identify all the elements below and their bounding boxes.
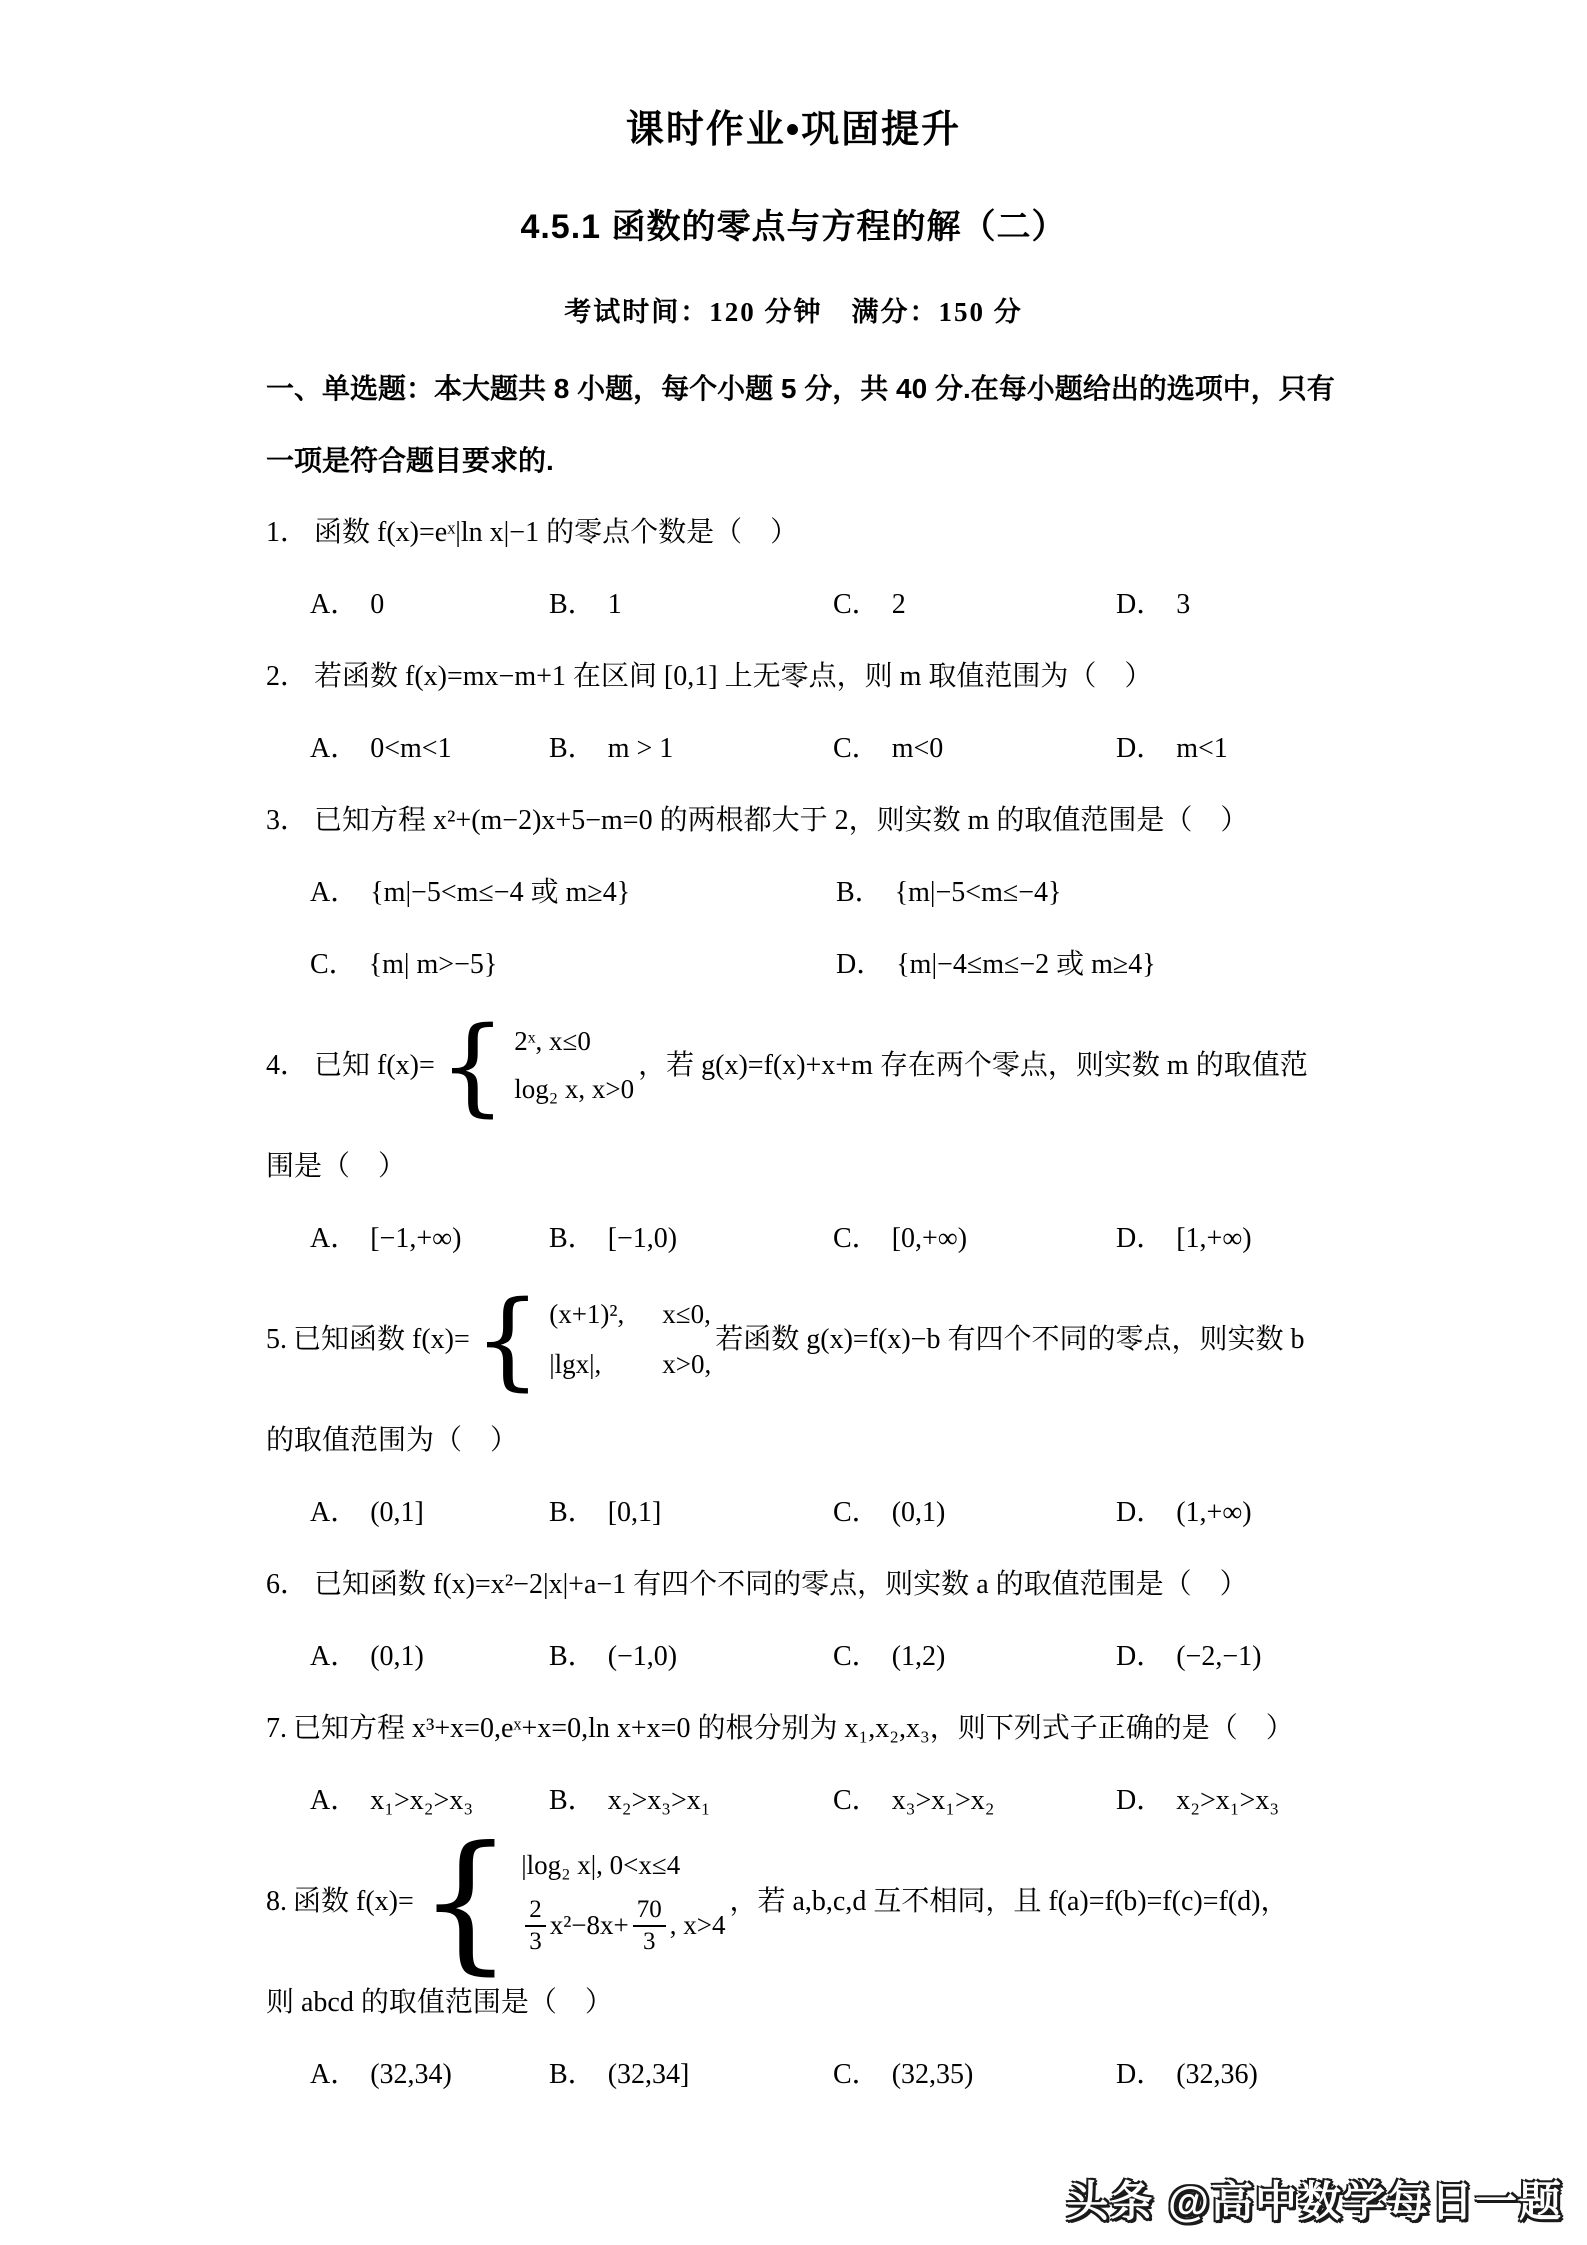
question-1: 1．函数 f(x)=eˣ|ln x|−1 的零点个数是（ ） A．0 B．1 C… (266, 497, 1437, 641)
option-value: (0,1) (370, 1641, 424, 1672)
question-number: 2． (266, 661, 308, 692)
fraction: 23 (525, 1895, 546, 1957)
option-label: B． (549, 1497, 596, 1528)
question-3: 3．已知方程 x²+(m−2)x+5−m=0 的两根都大于 2，则实数 m 的取… (266, 785, 1437, 1001)
question-4: 4．已知 f(x)={2ˣ, x≤0log₂ x, x>0，若 g(x)=f(x… (266, 1001, 1437, 1275)
question-2: 2．若函数 f(x)=mx−m+1 在区间 [0,1] 上无零点，则 m 取值范… (266, 641, 1437, 785)
option-d: D．{m|−4≤m≤−2 或 m≥4} (836, 929, 1437, 1001)
piecewise-brace: { (418, 1841, 513, 1964)
question-4-options: A．[−1,+∞) B．[−1,0) C．[0,+∞) D．[1,+∞) (266, 1203, 1437, 1275)
question-8: 8.函数 f(x)={|log₂ x|, 0<x≤423x²−8x+703, x… (266, 1837, 1437, 2111)
option-d: D．[1,+∞) (1116, 1203, 1437, 1275)
question-text: 若函数 g(x)=f(x)−b 有四个不同的零点，则实数 b (715, 1320, 1304, 1359)
option-value: [0,+∞) (892, 1223, 967, 1254)
question-6-stem: 6．已知函数 f(x)=x²−2|x|+a−1 有四个不同的零点，则实数 a 的… (266, 1549, 1437, 1621)
option-b: B．(32,34] (549, 2039, 833, 2111)
option-b: B．(−1,0) (549, 1621, 833, 1693)
option-c: C．(32,35) (833, 2039, 1116, 2111)
option-value: m > 1 (608, 733, 674, 764)
piecewise-row: log₂ x, x>0 (514, 1071, 634, 1109)
option-label: C． (833, 1641, 880, 1672)
option-a: A．0<m<1 (310, 713, 549, 785)
question-number: 8. (266, 1882, 287, 1921)
option-a: A．0 (310, 569, 549, 641)
option-value: (0,1) (892, 1497, 946, 1528)
option-value: 0 (370, 589, 384, 620)
page-header: 课时作业•巩固提升 4.5.1 函数的零点与方程的解（二） 考试时间：120 分… (0, 0, 1587, 329)
question-number: 1． (266, 517, 308, 548)
question-8-stem: 8.函数 f(x)={|log₂ x|, 0<x≤423x²−8x+703, x… (266, 1837, 1517, 1967)
fraction-denominator: 3 (639, 1927, 660, 1957)
exam-body: 一、单选题：本大题共 8 小题，每个小题 5 分，共 40 分.在每小题给出的选… (0, 329, 1587, 2111)
option-d: D．(32,36) (1116, 2039, 1437, 2111)
option-value: (32,35) (892, 2059, 974, 2090)
option-d: D．3 (1116, 569, 1437, 641)
question-text: ，若 g(x)=f(x)+x+m 存在两个零点，则实数 m 的取值范 (638, 1046, 1308, 1085)
option-label: C． (833, 1223, 880, 1254)
piecewise-brace: { (474, 1297, 541, 1384)
option-value: (1,+∞) (1176, 1497, 1251, 1528)
option-value: m<1 (1176, 733, 1228, 764)
option-value: [−1,+∞) (370, 1223, 461, 1254)
question-4-stem-line2: 围是（ ） (266, 1131, 1437, 1203)
option-value: x₁>x₂>x₃ (370, 1785, 473, 1816)
question-text: ，若 a,b,c,d 互不相同，且 f(a)=f(b)=f(c)=f(d)， (730, 1882, 1289, 1921)
option-value: x₂>x₃>x₁ (608, 1785, 711, 1816)
option-value: {m|−5<m≤−4 或 m≥4} (370, 877, 630, 908)
option-a: A．(32,34) (310, 2039, 549, 2111)
option-b: B．m > 1 (549, 713, 833, 785)
question-8-stem-line2: 则 abcd 的取值范围是（ ） (266, 1967, 1437, 2039)
option-value: 2 (892, 589, 906, 620)
option-c: C．(1,2) (833, 1621, 1116, 1693)
option-value: (−2,−1) (1176, 1641, 1261, 1672)
option-value: [0,1] (608, 1497, 662, 1528)
option-value: (32,36) (1176, 2059, 1258, 2090)
question-5-stem-line2: 的取值范围为（ ） (266, 1405, 1437, 1477)
option-value: {m|−5<m≤−4} (895, 877, 1062, 908)
fraction-numerator: 70 (633, 1895, 666, 1927)
fraction: 703 (633, 1895, 666, 1957)
option-label: D． (1116, 589, 1164, 620)
page-subtitle: 4.5.1 函数的零点与方程的解（二） (0, 199, 1587, 248)
option-label: A． (310, 589, 358, 620)
question-5-stem: 5.已知函数 f(x)={(x+1)²,x≤0,|lgx|,x>0,若函数 g(… (266, 1275, 1437, 1405)
question-text: 已知方程 x²+(m−2)x+5−m=0 的两根都大于 2，则实数 m 的取值范… (314, 805, 1248, 836)
option-label: B． (549, 1641, 596, 1672)
watermark: 头条 @高中数学每日一题 (1066, 2169, 1563, 2229)
option-label: A． (310, 2059, 358, 2090)
option-c: C．{m| m>−5} (310, 929, 836, 1001)
option-b: B．x₂>x₃>x₁ (549, 1765, 833, 1837)
question-2-options: A．0<m<1 B．m > 1 C．m<0 D．m<1 (266, 713, 1437, 785)
option-label: D． (1116, 733, 1164, 764)
question-8-options: A．(32,34) B．(32,34] C．(32,35) D．(32,36) (266, 2039, 1437, 2111)
section-intro-line2: 一项是符合题目要求的. (266, 425, 1437, 497)
option-label: A． (310, 877, 358, 908)
option-d: D．(1,+∞) (1116, 1477, 1437, 1549)
option-value: 1 (608, 589, 622, 620)
piecewise-condition: , x>4 (670, 1907, 726, 1945)
piecewise-cell: x>0, (662, 1346, 711, 1384)
question-number: 4． (266, 1046, 308, 1085)
question-4-stem: 4．已知 f(x)={2ˣ, x≤0log₂ x, x>0，若 g(x)=f(x… (266, 1001, 1437, 1131)
piecewise-cell: (x+1)², (549, 1296, 624, 1334)
option-c: C．2 (833, 569, 1116, 641)
piecewise-cell: x≤0, (662, 1296, 711, 1334)
option-label: B． (549, 2059, 596, 2090)
question-text: 已知函数 f(x)= (293, 1320, 470, 1359)
question-text: 函数 f(x)=eˣ|ln x|−1 的零点个数是（ ） (314, 517, 798, 548)
option-label: D． (1116, 2059, 1164, 2090)
piecewise-row: 2ˣ, x≤0 (514, 1023, 634, 1061)
piecewise-function: {2ˣ, x≤0log₂ x, x>0 (439, 1023, 634, 1110)
option-label: D． (1116, 1223, 1164, 1254)
option-label: D． (836, 949, 884, 980)
option-a: A．{m|−5<m≤−4 或 m≥4} (310, 857, 836, 929)
option-d: D．(−2,−1) (1116, 1621, 1437, 1693)
option-c: C．[0,+∞) (833, 1203, 1116, 1275)
option-value: (32,34) (370, 2059, 452, 2090)
option-label: C． (833, 733, 880, 764)
question-5-options: A．(0,1] B．[0,1] C．(0,1) D．(1,+∞) (266, 1477, 1437, 1549)
option-b: B．{m|−5<m≤−4} (836, 857, 1437, 929)
exam-info: 考试时间：120 分钟 满分：150 分 (0, 290, 1587, 329)
option-d: D．m<1 (1116, 713, 1437, 785)
option-b: B．[0,1] (549, 1477, 833, 1549)
option-label: A． (310, 1641, 358, 1672)
option-label: C． (833, 2059, 880, 2090)
option-value: {m|−4≤m≤−2 或 m≥4} (896, 949, 1156, 980)
question-5: 5.已知函数 f(x)={(x+1)²,x≤0,|lgx|,x>0,若函数 g(… (266, 1275, 1437, 1549)
option-value: (−1,0) (608, 1641, 677, 1672)
piecewise-function: {(x+1)²,x≤0,|lgx|,x>0, (474, 1296, 712, 1384)
option-value: 0<m<1 (370, 733, 451, 764)
question-number: 3． (266, 805, 308, 836)
question-1-stem: 1．函数 f(x)=eˣ|ln x|−1 的零点个数是（ ） (266, 497, 1437, 569)
option-label: C． (833, 1497, 880, 1528)
fraction-denominator: 3 (525, 1927, 546, 1957)
option-label: B． (836, 877, 883, 908)
option-b: B．1 (549, 569, 833, 641)
option-label: C． (310, 949, 357, 980)
option-value: [−1,0) (608, 1223, 677, 1254)
option-label: B． (549, 1223, 596, 1254)
question-text: 已知函数 f(x)=x²−2|x|+a−1 有四个不同的零点，则实数 a 的取值… (314, 1569, 1248, 1600)
option-label: A． (310, 1497, 358, 1528)
question-3-stem: 3．已知方程 x²+(m−2)x+5−m=0 的两根都大于 2，则实数 m 的取… (266, 785, 1437, 857)
option-label: C． (833, 1785, 880, 1816)
option-value: m<0 (892, 733, 944, 764)
option-d: D．x₂>x₁>x₃ (1116, 1765, 1437, 1837)
option-value: x₂>x₁>x₃ (1176, 1785, 1279, 1816)
option-label: C． (833, 589, 880, 620)
option-label: A． (310, 1785, 358, 1816)
page-title: 课时作业•巩固提升 (0, 98, 1587, 153)
question-text: 已知方程 x³+x=0,eˣ+x=0,ln x+x=0 的根分别为 x₁,x₂,… (293, 1713, 1294, 1744)
option-c: C．m<0 (833, 713, 1116, 785)
question-number: 5. (266, 1320, 287, 1359)
option-value: [1,+∞) (1176, 1223, 1251, 1254)
question-number: 7. (266, 1713, 287, 1744)
question-6-options: A．(0,1) B．(−1,0) C．(1,2) D．(−2,−1) (266, 1621, 1437, 1693)
piecewise-row: 23x²−8x+703, x>4 (521, 1895, 725, 1957)
option-value: {m| m>−5} (369, 949, 498, 980)
section-intro: 一、单选题：本大题共 8 小题，每个小题 5 分，共 40 分.在每小题给出的选… (266, 353, 1437, 497)
option-a: A．(0,1] (310, 1477, 549, 1549)
option-label: D． (1116, 1641, 1164, 1672)
piecewise-row: |log₂ x|, 0<x≤4 (521, 1847, 725, 1885)
piecewise-brace: { (439, 1023, 506, 1110)
question-7-stem: 7.已知方程 x³+x=0,eˣ+x=0,ln x+x=0 的根分别为 x₁,x… (266, 1693, 1517, 1765)
question-3-options: A．{m|−5<m≤−4 或 m≥4} B．{m|−5<m≤−4} C．{m| … (266, 857, 1437, 1001)
option-c: C．(0,1) (833, 1477, 1116, 1549)
question-text: 若函数 f(x)=mx−m+1 在区间 [0,1] 上无零点，则 m 取值范围为… (314, 661, 1152, 692)
option-label: B． (549, 733, 596, 764)
piecewise-function: {|log₂ x|, 0<x≤423x²−8x+703, x>4 (418, 1841, 726, 1964)
option-a: A．[−1,+∞) (310, 1203, 549, 1275)
question-text: 函数 f(x)= (293, 1882, 414, 1921)
question-text: 已知 f(x)= (314, 1046, 435, 1085)
option-value: x₃>x₁>x₂ (892, 1785, 995, 1816)
fraction-numerator: 2 (525, 1895, 546, 1927)
option-value: 3 (1176, 589, 1190, 620)
question-1-options: A．0 B．1 C．2 D．3 (266, 569, 1437, 641)
question-6: 6．已知函数 f(x)=x²−2|x|+a−1 有四个不同的零点，则实数 a 的… (266, 1549, 1437, 1693)
option-label: A． (310, 733, 358, 764)
option-label: D． (1116, 1497, 1164, 1528)
piecewise-expression: x²−8x+ (550, 1907, 629, 1945)
option-label: A． (310, 1223, 358, 1254)
option-value: (32,34] (608, 2059, 690, 2090)
option-c: C．x₃>x₁>x₂ (833, 1765, 1116, 1837)
option-value: (0,1] (370, 1497, 424, 1528)
option-label: B． (549, 589, 596, 620)
question-number: 6． (266, 1569, 308, 1600)
option-label: D． (1116, 1785, 1164, 1816)
option-label: B． (549, 1785, 596, 1816)
option-a: A．(0,1) (310, 1621, 549, 1693)
option-value: (1,2) (892, 1641, 946, 1672)
section-intro-line1: 一、单选题：本大题共 8 小题，每个小题 5 分，共 40 分.在每小题给出的选… (266, 353, 1437, 425)
option-b: B．[−1,0) (549, 1203, 833, 1275)
question-2-stem: 2．若函数 f(x)=mx−m+1 在区间 [0,1] 上无零点，则 m 取值范… (266, 641, 1437, 713)
piecewise-cell: |lgx|, (549, 1346, 624, 1384)
